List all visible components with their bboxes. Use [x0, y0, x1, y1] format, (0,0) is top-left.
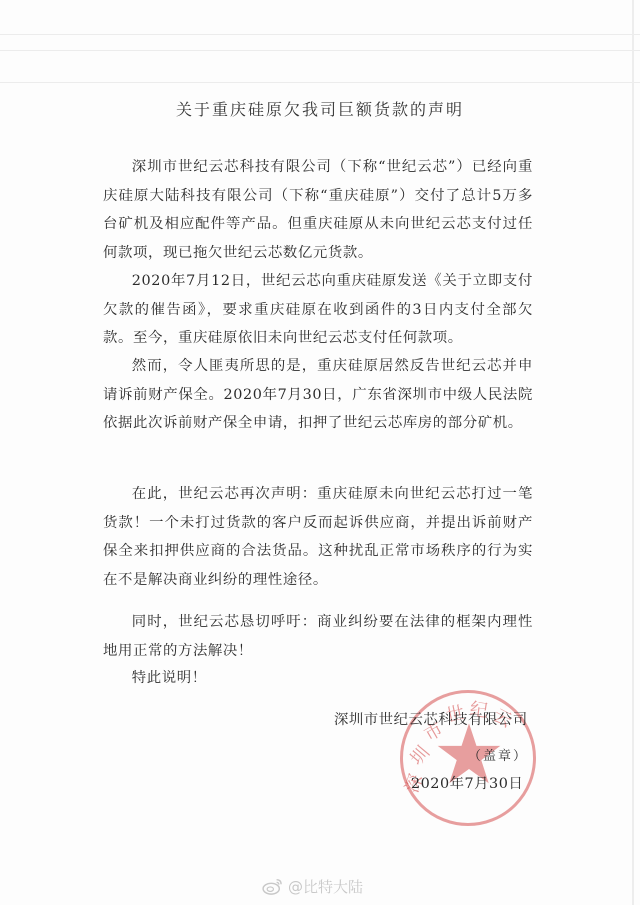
paragraph-6: 特此说明！ [103, 664, 533, 693]
scan-artifact-line [0, 34, 640, 35]
paragraph-1: 深圳市世纪云芯科技有限公司（下称“世纪云芯”）已经向重庆硅原大陆科技有限公司（下… [103, 153, 533, 267]
scanned-document-page: 关于重庆硅原欠我司巨额货款的声明 深圳市世纪云芯科技有限公司（下称“世纪云芯”）… [0, 0, 640, 905]
paragraph-4: 在此，世纪云芯再次声明：重庆硅原未向世纪云芯打过一笔货款！一个未打过货款的客户反… [103, 480, 533, 594]
signature-company: 深圳市世纪云芯科技有限公司 [334, 708, 528, 729]
paragraph-5: 同时，世纪云芯恳切呼吁：商业纠纷要在法律的框架内理性地用正常的方法解决！ [103, 608, 533, 665]
paragraph-2: 2020年7月12日，世纪云芯向重庆硅原发送《关于立即支付欠款的催告函》，要求重… [103, 267, 533, 353]
scan-artifact-line [0, 50, 640, 51]
document-title: 关于重庆硅原欠我司巨额货款的声明 [0, 97, 640, 120]
signature-date: 2020年7月30日 [411, 772, 523, 793]
paragraph-3: 然而，令人匪夷所思的是，重庆硅原居然反告世纪云芯并申请诉前财产保全。2020年7… [103, 352, 533, 438]
scan-artifact-line [0, 82, 640, 83]
signature-seal-note: （盖章） [468, 745, 528, 764]
weibo-icon [262, 877, 284, 895]
weibo-watermark: @比特大陆 [262, 874, 363, 898]
page-edge [632, 0, 634, 905]
watermark-text: @比特大陆 [288, 876, 363, 897]
